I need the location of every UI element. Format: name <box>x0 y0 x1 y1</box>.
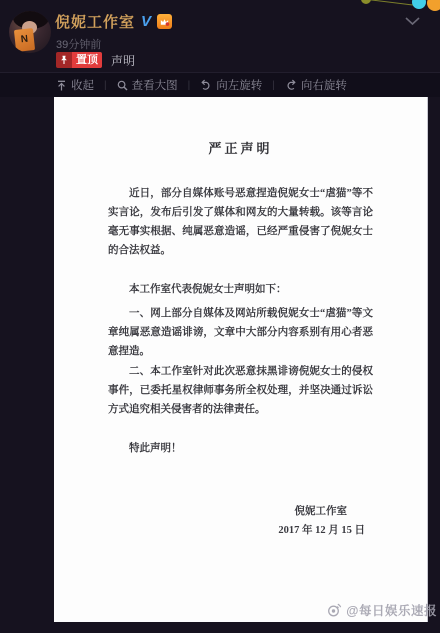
signature-block: 倪妮工作室 2017 年 12 月 15 日 <box>108 502 373 540</box>
post-header: N 倪妮工作室 V 39分钟前 置顶 声明 <box>0 0 440 72</box>
document-title: 严正声明 <box>108 138 373 157</box>
timestamp: 39分钟前 <box>56 36 101 52</box>
image-toolbar: 收起 | 查看大图 | 向左旋转 | 向右旋转 <box>0 72 440 97</box>
rotate-right-icon <box>285 79 297 91</box>
chevron-down-icon[interactable] <box>405 13 420 31</box>
vip-crown-icon <box>157 14 172 29</box>
post-text: 声明 <box>111 52 135 69</box>
search-icon <box>117 80 128 91</box>
view-large-label: 查看大图 <box>132 77 178 93</box>
collapse-button[interactable]: 收起 <box>56 77 94 93</box>
toolbar-divider: | <box>272 80 275 91</box>
rotate-right-button[interactable]: 向右旋转 <box>285 77 347 93</box>
rotate-left-button[interactable]: 向左旋转 <box>200 77 262 93</box>
collapse-icon <box>56 80 67 91</box>
avatar-book-monogram: N <box>14 28 35 52</box>
watermark-text: @每日娱乐速报 <box>346 601 437 619</box>
weibo-eye-icon <box>327 602 343 618</box>
rotate-right-label: 向右旋转 <box>301 77 347 93</box>
name-row: 倪妮工作室 V <box>55 11 172 31</box>
toolbar-divider: | <box>188 80 191 91</box>
signature-name: 倪妮工作室 <box>108 502 347 521</box>
rotate-left-label: 向左旋转 <box>216 77 262 93</box>
toolbar-divider: | <box>104 80 107 91</box>
badge-row: 置顶 声明 <box>56 52 135 68</box>
signature-date: 2017 年 12 月 15 日 <box>108 521 365 540</box>
document-paragraph: 一、网上部分自媒体及网站所载倪妮女士“虐猫”等文章纯属恶意造谣诽谤，文章中大部分… <box>108 304 373 361</box>
watermark: @每日娱乐速报 <box>327 601 437 619</box>
document-closing: 特此声明！ <box>108 439 373 458</box>
verified-badge-icon: V <box>141 13 151 30</box>
pinned-badge: 置顶 <box>72 52 102 68</box>
username[interactable]: 倪妮工作室 <box>55 11 135 32</box>
document-paragraph: 本工作室代表倪妮女士声明如下： <box>108 280 373 299</box>
pin-icon <box>56 52 72 68</box>
collapse-label: 收起 <box>71 77 94 93</box>
avatar[interactable]: N <box>9 11 51 53</box>
weibo-post-page: { "header": { "username": "倪妮工作室", "veri… <box>0 0 440 633</box>
rotate-left-icon <box>200 79 212 91</box>
statement-document-content: 严正声明 近日，部分自媒体账号恶意捏造倪妮女士“虐猫”等不实言论，发布后引发了媒… <box>54 97 427 540</box>
view-large-button[interactable]: 查看大图 <box>117 77 178 93</box>
statement-document-image[interactable]: 严正声明 近日，部分自媒体账号恶意捏造倪妮女士“虐猫”等不实言论，发布后引发了媒… <box>54 97 428 622</box>
document-paragraph: 近日，部分自媒体账号恶意捏造倪妮女士“虐猫”等不实言论，发布后引发了媒体和网友的… <box>108 184 373 260</box>
document-paragraph: 二、本工作室针对此次恶意抹黑诽谤倪妮女士的侵权事件，已委托星权律师事务所全权处理… <box>108 362 373 419</box>
